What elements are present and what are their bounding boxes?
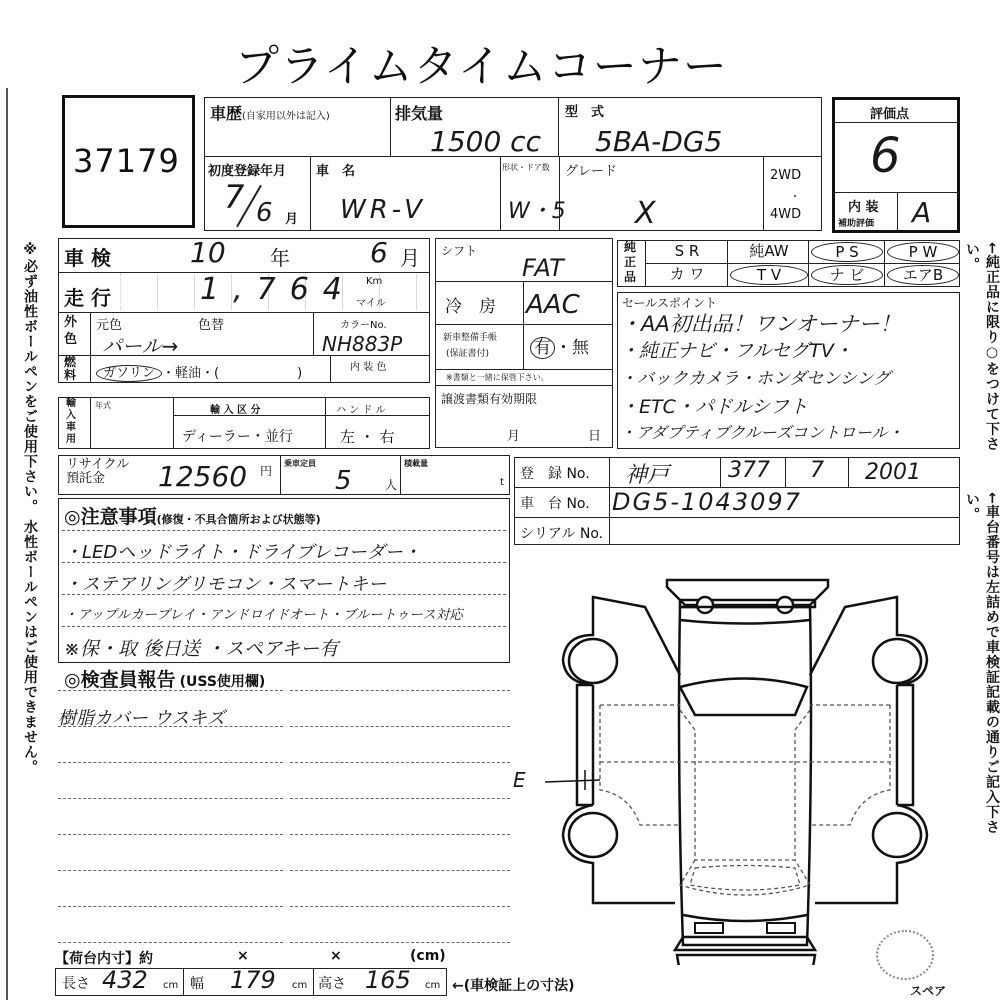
interior-label: 内 装 — [848, 196, 879, 215]
score-value: 6 — [870, 128, 901, 184]
report-title: ◎検査員報告(USS使用欄) — [64, 665, 265, 692]
first-registration-year: 7 — [224, 178, 244, 216]
month-unit: 月 — [285, 208, 298, 227]
displacement-label: 排気量 — [395, 101, 443, 124]
changed-color-label: 色替 — [198, 314, 224, 333]
divider — [848, 457, 849, 487]
divider — [90, 312, 91, 383]
sales-point: ・AA初出品！ワンオーナー！ — [620, 308, 960, 336]
mileage-unit-km: Km — [366, 276, 382, 287]
displacement-value: 1500 cc — [430, 125, 541, 158]
divider — [808, 240, 809, 287]
fuel-selected: ガソリン — [96, 365, 162, 382]
report-item: 樹脂カバー ウスキズ — [58, 704, 225, 730]
divider — [523, 281, 524, 369]
divider — [435, 385, 613, 386]
load-label: 積載量 — [404, 458, 428, 469]
ac-label: 冷 房 — [445, 292, 496, 317]
divider — [313, 968, 314, 996]
note-item: ・アップルカープレイ・アンドロイドオート・ブルートゥース対応 — [64, 603, 463, 623]
first-registration-label: 初度登録年月 — [208, 160, 286, 179]
car-damage-diagram — [545, 565, 945, 965]
divider — [785, 457, 786, 487]
fuel-options: ガソリン・軽油・( ) — [96, 362, 302, 381]
model-code-label: 型 式 — [565, 101, 604, 120]
dotted-line — [58, 690, 283, 691]
manual-options: 有・無 — [530, 333, 589, 358]
genuine-option: 純AW — [730, 242, 808, 262]
length-unit: cm — [163, 980, 178, 991]
divider — [558, 97, 559, 157]
dotted-line — [290, 690, 510, 691]
divider — [832, 122, 960, 123]
dotted-line — [62, 626, 506, 627]
mileage-label: 走 行 — [64, 282, 111, 311]
width-value: 179 — [230, 966, 276, 994]
divider — [58, 312, 430, 313]
divider — [832, 192, 960, 193]
import-year-label: 年式 — [95, 400, 111, 411]
shaken-month: 6 — [370, 236, 388, 269]
times-sign: × — [330, 948, 342, 964]
dimensions-note: ←(車検証上の寸法) — [452, 975, 575, 995]
genuine-option: P S — [811, 242, 883, 262]
damage-mark: E — [513, 768, 526, 792]
capacity-value: 5 — [335, 466, 352, 496]
sales-point: ・ETC・パドルシフト — [620, 392, 960, 420]
year-unit: 年 — [270, 242, 290, 271]
car-name-label: 車 名 — [316, 160, 355, 179]
right-side-note-bottom: ←車台番号は左詰めで車検証記載の通りご記入下さい。 — [962, 492, 1000, 862]
recycle-label-2: 預託金 — [66, 472, 129, 486]
report-title-text: ◎検査員報告 — [64, 669, 176, 691]
import-category-label: 輸 入 区 分 — [210, 401, 260, 416]
notes-subtitle: (修復・不具合箇所および状態等) — [157, 513, 321, 526]
divider — [500, 156, 501, 231]
cargo-dimensions-row: 【荷台内寸】約 × × (cm) — [55, 948, 475, 968]
dotted-line — [290, 762, 510, 763]
chassis-value: DG5-1043097 — [612, 488, 802, 516]
drive-2wd: 2WD — [770, 168, 801, 183]
fuel-label: 燃料 — [64, 356, 82, 382]
cargo-label: 【荷台内寸】約 — [55, 951, 153, 967]
divider — [435, 324, 613, 325]
manual-label: 新車整備手帳 — [443, 330, 497, 343]
capacity-unit: 人 — [385, 476, 397, 493]
exterior-color-label: 外色 — [64, 314, 82, 348]
spare-label: スペア — [910, 982, 946, 999]
divider — [609, 457, 610, 545]
divider — [330, 355, 331, 383]
times-sign: × — [237, 948, 249, 964]
width-label: 幅 — [190, 973, 204, 993]
interior-sub-label: 補助評価 — [838, 216, 874, 229]
dotted-line — [58, 870, 283, 871]
dotted-line — [58, 762, 283, 763]
genuine-option: エアB — [887, 265, 959, 285]
divider — [280, 455, 281, 495]
handle-label: ハ ン ド ル — [336, 401, 386, 416]
divider — [310, 156, 311, 231]
recycle-value: 12560 — [158, 460, 247, 493]
load-unit: t — [500, 477, 504, 488]
shift-label: シフト — [441, 242, 477, 259]
left-side-note: ※必ず油性ボールペンをご使用下さい。 水性ボールペンはご使用できません。 — [20, 242, 40, 802]
color-no-value: NH883P — [322, 332, 402, 356]
genuine-option: S R — [648, 242, 726, 262]
height-label: 高さ — [318, 973, 346, 993]
sales-point: ・バックカメラ・ホンダセンシング — [620, 364, 960, 392]
divider — [183, 968, 184, 996]
length-label: 長さ — [62, 973, 90, 993]
width-unit: cm — [292, 980, 307, 991]
interior-color-label: 内 装 色 — [350, 358, 386, 373]
note-item: ・LEDヘッドライト・ドライブレコーダー・ — [64, 538, 421, 564]
divider — [884, 240, 885, 287]
genuine-label: 純正品 — [624, 240, 638, 285]
divider — [897, 192, 898, 232]
recycle-label-1: リサイクル — [66, 458, 129, 472]
history-label: 車歴(自家用以外は記入) — [210, 101, 330, 124]
report-subtitle: (USS使用欄) — [180, 674, 266, 690]
notes-title: ◎注意事項(修復・不具合箇所および状態等) — [64, 502, 321, 529]
genuine-option: T V — [730, 265, 808, 285]
model-code-value: 5BA-DG5 — [595, 125, 722, 158]
interior-value: A — [912, 196, 931, 229]
lot-number-box: 37179 — [62, 95, 195, 228]
lot-number: 37179 — [73, 142, 180, 180]
car-name-value: WR-V — [340, 195, 426, 225]
note-item: ・ステアリングリモコン・スマートキー — [64, 570, 386, 596]
page-title: プライムタイムコーナー — [235, 30, 728, 94]
reg-label: 登 録 No. — [520, 463, 590, 483]
import-label: 輸入車用 — [66, 398, 80, 446]
color-no-label: カラーNo. — [340, 316, 387, 331]
spare-tire-circle — [876, 930, 934, 980]
drive-separator: ・ — [790, 188, 800, 203]
shaken-year: 10 — [190, 236, 226, 269]
dotted-line — [58, 942, 283, 943]
drive-4wd: 4WD — [770, 207, 801, 222]
cm-unit: (cm) — [410, 948, 446, 964]
first-registration-month: 6 — [256, 198, 273, 228]
handle-options: 左 ・ 右 — [340, 426, 395, 447]
notes-title-text: ◎注意事項 — [64, 506, 157, 528]
mileage-unit-mile: マイル — [356, 294, 386, 309]
transfer-month: 月 — [507, 425, 520, 444]
serial-label: シリアル No. — [520, 523, 603, 543]
genuine-option: P W — [887, 242, 959, 262]
mileage-value: 1,764 — [200, 272, 356, 307]
divider — [645, 263, 960, 264]
fuel-others: ・軽油・( ) — [162, 366, 302, 381]
manual-yes: 有 — [530, 337, 555, 359]
dotted-line — [290, 726, 510, 727]
shaken-label: 車 検 — [64, 242, 111, 271]
genuine-option: ナ ビ — [811, 265, 883, 285]
divider — [763, 156, 764, 231]
transfer-day: 日 — [588, 425, 601, 444]
divider — [173, 397, 174, 449]
original-color-value: パール→ — [102, 330, 178, 359]
note-item: ※保・取 後日送 ・スペアキー有 — [64, 634, 338, 661]
dotted-line — [290, 942, 510, 943]
reg-number: 2001 — [865, 460, 921, 485]
dotted-line — [62, 530, 506, 531]
dotted-line — [290, 906, 510, 907]
divider — [325, 397, 326, 449]
manual-note: ※書類と一緒に保管下さい。 — [446, 372, 549, 383]
dotted-line — [290, 870, 510, 871]
manual-no: 無 — [572, 338, 589, 358]
shift-value: FAT — [522, 254, 564, 282]
body-doors-label: 形状・ドア数 — [502, 162, 550, 173]
body-doors-value: W・5 — [508, 194, 566, 225]
dotted-line — [58, 834, 283, 835]
height-value: 165 — [365, 966, 411, 994]
reg-class: 377 — [728, 458, 770, 483]
import-category-options: ディーラー・並行 — [182, 426, 293, 446]
dotted-line — [58, 906, 283, 907]
divider — [400, 455, 401, 495]
capacity-label: 乗車定員 — [284, 458, 316, 469]
divider — [313, 312, 314, 355]
dotted-line — [58, 798, 283, 799]
divider — [720, 457, 721, 487]
month-unit-2: 月 — [400, 242, 420, 271]
divider — [727, 240, 728, 287]
length-value: 432 — [102, 966, 148, 994]
ac-value: AAC — [526, 290, 580, 320]
grade-label: グレード — [565, 160, 617, 179]
divider — [645, 240, 646, 287]
dotted-line — [290, 798, 510, 799]
divider — [435, 369, 613, 370]
divider — [90, 397, 91, 449]
manual-sub: (保証書付) — [446, 346, 489, 359]
divider — [390, 97, 391, 157]
recycle-unit: 円 — [260, 462, 272, 479]
sales-point: ・アダプティブクルーズコントロール・ — [620, 420, 960, 448]
reg-kana: 7 — [810, 458, 824, 483]
right-side-note-top: ←純正品に限り○をつけて下さい。 — [962, 242, 1000, 472]
dotted-line — [290, 834, 510, 835]
sales-point: ・純正ナビ・フルセグTV・ — [620, 336, 960, 364]
reg-area: 神戸 — [625, 458, 669, 489]
score-label: 評価点 — [870, 103, 909, 122]
sales-points-list: ・AA初出品！ワンオーナー！ ・純正ナビ・フルセグTV・ ・バックカメラ・ホンダ… — [620, 308, 960, 448]
genuine-option: カ ワ — [648, 265, 726, 285]
height-unit: cm — [425, 980, 440, 991]
chassis-label: 車 台 No. — [520, 493, 590, 513]
recycle-label: リサイクル 預託金 — [66, 458, 129, 486]
transfer-label: 譲渡書類有効期限 — [441, 390, 537, 407]
grade-value: X — [635, 196, 656, 231]
left-margin-line — [6, 88, 8, 1000]
divider — [514, 517, 960, 518]
